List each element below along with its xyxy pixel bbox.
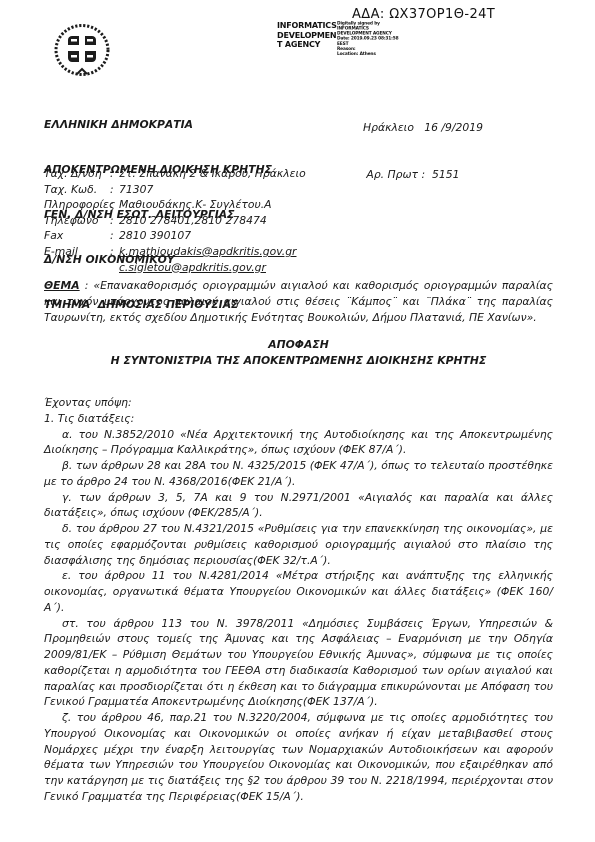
ada-code: ΑΔΑ: ΩΧ37ΟΡ1Θ-24Τ (352, 7, 495, 22)
contact-value: 71307 (119, 182, 153, 198)
protocol-number: Αρ. Πρωτ : 5151 (363, 167, 483, 183)
place-date: Ηράκλειο 16 /9/2019 (363, 120, 483, 136)
body-item-st: στ. του άρθρου 113 του Ν. 3978/2011 «Δημ… (44, 616, 553, 711)
body-item-a: α. του Ν.3852/2010 «Νέα Αρχιτεκτονική τη… (44, 427, 553, 459)
contact-row-address: Ταχ. Δ/νση:Στ. Σπανάκη 2 & Ικάρου, Ηράκλ… (44, 166, 306, 182)
subject-label: ΘΕΜΑ (44, 279, 80, 292)
letterhead-line: ΕΛΛΗΝΙΚΗ ΔΗΜΟΚΡΑΤΙΑ (44, 117, 272, 132)
digital-signature-stamp: INFORMATICS DEVELOPMEN T AGENCY Digitall… (277, 21, 477, 70)
subject-text: «Επανακαθορισμός οριογραμμών αιγιαλού κα… (44, 279, 553, 324)
contact-label: Πληροφορίες (44, 197, 110, 213)
signature-detail-line: Location: Athens (337, 51, 438, 56)
contact-separator: : (110, 166, 119, 182)
signature-details: Digitally signed by INFORMATICS DEVELOPM… (337, 21, 438, 56)
contact-row-info: Πληροφορίες:Μαθιουδάκης.Κ- Συγλέτου.Α (44, 197, 306, 213)
contact-value: Στ. Σπανάκη 2 & Ικάρου, Ηράκλειο (119, 166, 306, 182)
body-item-z: ζ. του άρθρου 46, παρ.21 του Ν.3220/2004… (44, 710, 553, 805)
signature-agency-name: INFORMATICS DEVELOPMEN T AGENCY (277, 21, 333, 70)
body-item-d: δ. του άρθρου 27 του Ν.4321/2015 «Ρυθμίσ… (44, 521, 553, 568)
contact-separator: : (110, 213, 119, 229)
protocol-block: Ηράκλειο 16 /9/2019 Αρ. Πρωτ : 5151 (363, 89, 483, 213)
contact-label: Ταχ. Δ/νση (44, 166, 110, 182)
subject-paragraph: ΘΕΜΑ : «Επανακαθορισμός οριογραμμών αιγι… (44, 278, 553, 325)
contact-separator: : (110, 182, 119, 198)
contact-separator: : (110, 244, 119, 260)
contact-label (44, 260, 110, 276)
contact-value: 2810 278401,2810 278474 (119, 213, 267, 229)
contact-row-phone: Τηλέφωνο:2810 278401,2810 278474 (44, 213, 306, 229)
contact-value: 2810 390107 (119, 228, 191, 244)
body-item-c: γ. των άρθρων 3, 5, 7Α και 9 του Ν.2971/… (44, 490, 553, 522)
contact-separator: : (110, 197, 119, 213)
email-link[interactable]: c.sigletou@apdkritis.gov.gr (119, 260, 266, 276)
contact-block: Ταχ. Δ/νση:Στ. Σπανάκη 2 & Ικάρου, Ηράκλ… (44, 166, 306, 275)
decision-title: ΑΠΟΦΑΣΗ (44, 337, 553, 353)
decision-heading: ΑΠΟΦΑΣΗ Η ΣΥΝΤΟΝΙΣΤΡΙΑ ΤΗΣ ΑΠΟΚΕΝΤΡΩΜΕΝΗ… (44, 337, 553, 368)
contact-label: Ταχ. Κωδ. (44, 182, 110, 198)
contact-row-fax: Fax:2810 390107 (44, 228, 306, 244)
body-intro: Έχοντας υπόψη: (44, 395, 553, 411)
contact-row-email-1: E-mail:k.mathioudakis@apdkritis.gov.gr (44, 244, 306, 260)
contact-row-postcode: Ταχ. Κωδ.:71307 (44, 182, 306, 198)
body-item-b: β. των άρθρων 28 και 28Α του Ν. 4325/201… (44, 458, 553, 490)
contact-row-email-2: c.sigletou@apdkritis.gov.gr (44, 260, 306, 276)
body-item-e: ε. του άρθρου 11 του Ν.4281/2014 «Μέτρα … (44, 568, 553, 615)
contact-separator (110, 260, 119, 276)
document-page: ΑΔΑ: ΩΧ37ΟΡ1Θ-24Τ INFORMATICS DEVELOPMEN… (0, 0, 595, 842)
agency-line: T AGENCY (277, 40, 333, 50)
subject-separator: : (80, 279, 94, 292)
body-list-header: 1. Τις διατάξεις: (44, 411, 553, 427)
contact-value: Μαθιουδάκης.Κ- Συγλέτου.Α (119, 197, 272, 213)
decision-subtitle: Η ΣΥΝΤΟΝΙΣΤΡΙΑ ΤΗΣ ΑΠΟΚΕΝΤΡΩΜΕΝΗΣ ΔΙΟΙΚΗ… (44, 353, 553, 369)
contact-label: Τηλέφωνο (44, 213, 110, 229)
contact-separator: : (110, 228, 119, 244)
contact-label: E-mail (44, 244, 110, 260)
greek-coat-of-arms-icon (52, 23, 112, 79)
agency-line: DEVELOPMEN (277, 31, 333, 41)
email-link[interactable]: k.mathioudakis@apdkritis.gov.gr (119, 244, 296, 260)
contact-label: Fax (44, 228, 110, 244)
document-body: Έχοντας υπόψη: 1. Τις διατάξεις: α. του … (44, 395, 553, 805)
agency-line: INFORMATICS (277, 21, 333, 31)
